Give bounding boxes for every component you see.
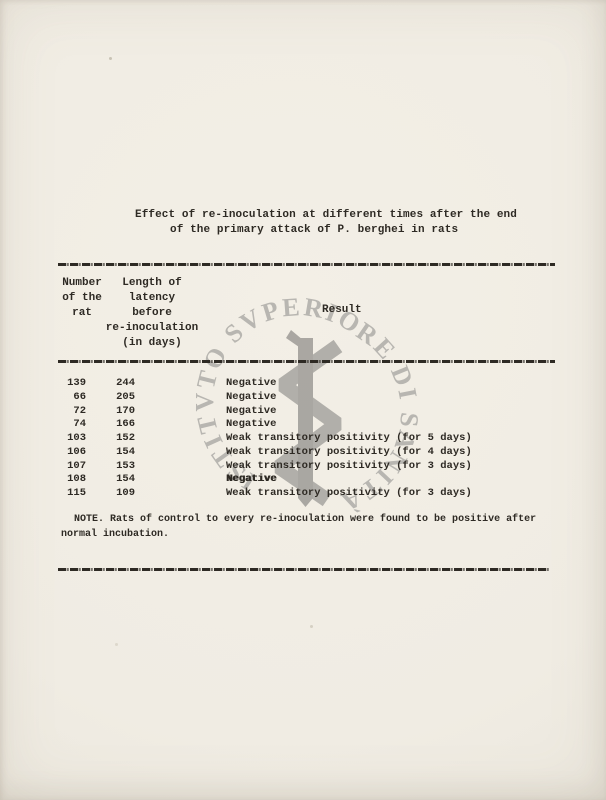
- latency-days-cell: 109: [98, 487, 135, 499]
- header-line: before: [100, 306, 204, 321]
- table-row: 74 166 Negative: [0, 418, 606, 431]
- result-cell: Negative: [226, 377, 276, 389]
- table-row: 106 154 Weak transitory positivity (for …: [0, 446, 606, 459]
- document-title-line-1: Effect of re-inoculation at different ti…: [135, 209, 517, 221]
- header-line: rat: [58, 306, 106, 321]
- scanned-document-page: ISTITVTO SVPERIORE DI SANITÀ Effect of r…: [0, 0, 606, 800]
- table-rule-header-bottom: [58, 360, 555, 363]
- latency-days-cell: 205: [98, 391, 135, 403]
- result-cell: Negative: [226, 391, 276, 403]
- latency-days-cell: 152: [98, 432, 135, 444]
- note-line-1: NOTE. Rats of control to every re-inocul…: [74, 514, 536, 525]
- rat-number-cell: 107: [52, 460, 86, 472]
- result-cell: Negative: [226, 405, 276, 417]
- latency-days-cell: 166: [98, 418, 135, 430]
- header-line: (in days): [100, 336, 204, 351]
- header-line: Number: [58, 276, 106, 291]
- rat-number-cell: 106: [52, 446, 86, 458]
- result-cell: Negative: [226, 473, 276, 485]
- table-row: 66 205 Negative: [0, 391, 606, 404]
- rat-number-cell: 72: [52, 405, 86, 417]
- table-row: 108 154 Negative: [0, 473, 606, 486]
- document-title-line-2: of the primary attack of P. berghei in r…: [170, 224, 458, 236]
- rat-number-cell: 115: [52, 487, 86, 499]
- result-cell: Weak transitory positivity (for 3 days): [226, 460, 472, 472]
- column-header-latency: Length oflatencybeforere-inoculation(in …: [100, 276, 204, 351]
- result-cell: Weak transitory positivity (for 3 days): [226, 487, 472, 499]
- rat-number-cell: 108: [52, 473, 86, 485]
- header-line: of the: [58, 291, 106, 306]
- latency-days-cell: 244: [98, 377, 135, 389]
- table-row: 103 152 Weak transitory positivity (for …: [0, 432, 606, 445]
- header-line: Length of: [100, 276, 204, 291]
- rat-number-cell: 139: [52, 377, 86, 389]
- latency-days-cell: 154: [98, 473, 135, 485]
- rat-number-cell: 103: [52, 432, 86, 444]
- rat-number-cell: 66: [52, 391, 86, 403]
- result-cell: Negative: [226, 418, 276, 430]
- header-line: re-inoculation: [100, 321, 204, 336]
- page-rule-bottom: [58, 568, 550, 571]
- latency-days-cell: 170: [98, 405, 135, 417]
- result-cell: Weak transitory positivity (for 4 days): [226, 446, 472, 458]
- table-row: 107 153 Weak transitory positivity (for …: [0, 460, 606, 473]
- header-line: latency: [100, 291, 204, 306]
- table-row: 115 109 Weak transitory positivity (for …: [0, 487, 606, 500]
- rat-number-cell: 74: [52, 418, 86, 430]
- result-cell: Weak transitory positivity (for 5 days): [226, 432, 472, 444]
- latency-days-cell: 154: [98, 446, 135, 458]
- table-row: 72 170 Negative: [0, 405, 606, 418]
- latency-days-cell: 153: [98, 460, 135, 472]
- note-line-2: normal incubation.: [61, 529, 169, 540]
- table-row: 139 244 Negative: [0, 377, 606, 390]
- column-header-rat-number: Numberof therat: [58, 276, 106, 321]
- table-rule-top: [58, 263, 555, 266]
- column-header-result: Result: [322, 304, 362, 316]
